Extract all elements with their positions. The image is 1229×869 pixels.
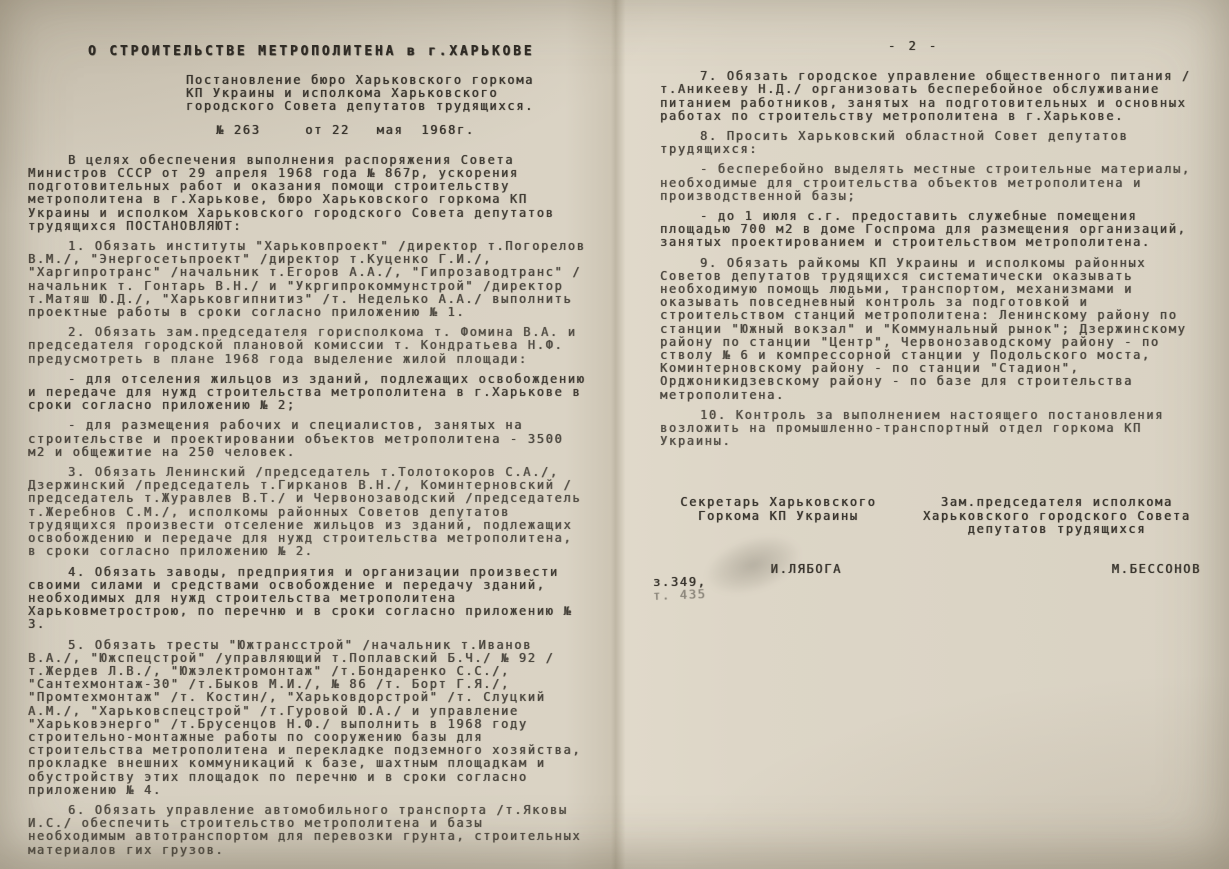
signature-right: Зам.председателя исполкома Харьковского …	[903, 496, 1211, 576]
subtitle-line: городского Совета депутатов трудящихся.	[186, 100, 588, 113]
paragraph: 9. Обязать райкомы КП Украины и исполком…	[660, 257, 1211, 402]
document-subtitle: Постановление бюро Харьковского горкома …	[186, 74, 588, 114]
paragraph: - бесперебойно выделять местные строител…	[660, 163, 1211, 203]
signature-left-title-line: Горкома КП Украины	[670, 510, 887, 523]
paragraph: 1. Обязать институты "Харьковпроект" /ди…	[28, 240, 588, 319]
paragraph: - для отселения жильцов из зданий, подле…	[28, 373, 588, 413]
paragraph: 3. Обязать Ленинский /председатель т.Тол…	[28, 466, 588, 558]
paragraph: 5. Обязать тресты "Южтрансстрой" /началь…	[28, 639, 588, 797]
paragraph: 7. Обязать городское управление обществе…	[660, 70, 1211, 123]
signature-right-title-line: депутатов трудящихся	[903, 523, 1211, 536]
paragraph: 6. Обязать управление автомобильного тра…	[28, 804, 588, 857]
paragraph: 4. Обязать заводы, предприятия и организ…	[28, 566, 588, 632]
page-2: - 2 - 7. Обязать городское управление об…	[615, 0, 1229, 869]
signature-right-name: М.БЕССОНОВ	[903, 563, 1211, 576]
page-1: О СТРОИТЕЛЬСТВЕ МЕТРОПОЛИТЕНА в г.ХАРЬКО…	[0, 0, 614, 869]
document-scan: О СТРОИТЕЛЬСТВЕ МЕТРОПОЛИТЕНА в г.ХАРЬКО…	[0, 0, 1229, 869]
page-number: - 2 -	[888, 40, 1211, 53]
signature-right-title-line: Зам.председателя исполкома	[903, 496, 1211, 509]
signature-right-title-line: Харьковского городского Совета	[903, 510, 1211, 523]
signature-left-title-line: Секретарь Харьковского	[670, 496, 887, 509]
typist-note-line: т. 435	[653, 588, 707, 603]
paragraph: В целях обеспечения выполнения распоряже…	[28, 154, 588, 233]
document-title: О СТРОИТЕЛЬСТВЕ МЕТРОПОЛИТЕНА в г.ХАРЬКО…	[88, 44, 588, 59]
page-2-body: 7. Обязать городское управление обществе…	[660, 70, 1211, 448]
paragraph: 2. Обязать зам.председателя горисполкома…	[28, 326, 588, 366]
typist-notes: з.349, т. 435	[653, 576, 707, 602]
paragraph: 8. Просить Харьковский областной Совет д…	[660, 130, 1211, 156]
resolution-number-line: № 263 от 22 мая 1968г.	[216, 124, 588, 137]
page-1-body: В целях обеспечения выполнения распоряже…	[28, 154, 588, 857]
paragraph: 10. Контроль за выполнением настоящего п…	[660, 409, 1211, 449]
paragraph: - до 1 июля с.г. предоставить служебные …	[660, 210, 1211, 250]
paragraph: - для размещения рабочих и специалистов,…	[28, 419, 588, 459]
